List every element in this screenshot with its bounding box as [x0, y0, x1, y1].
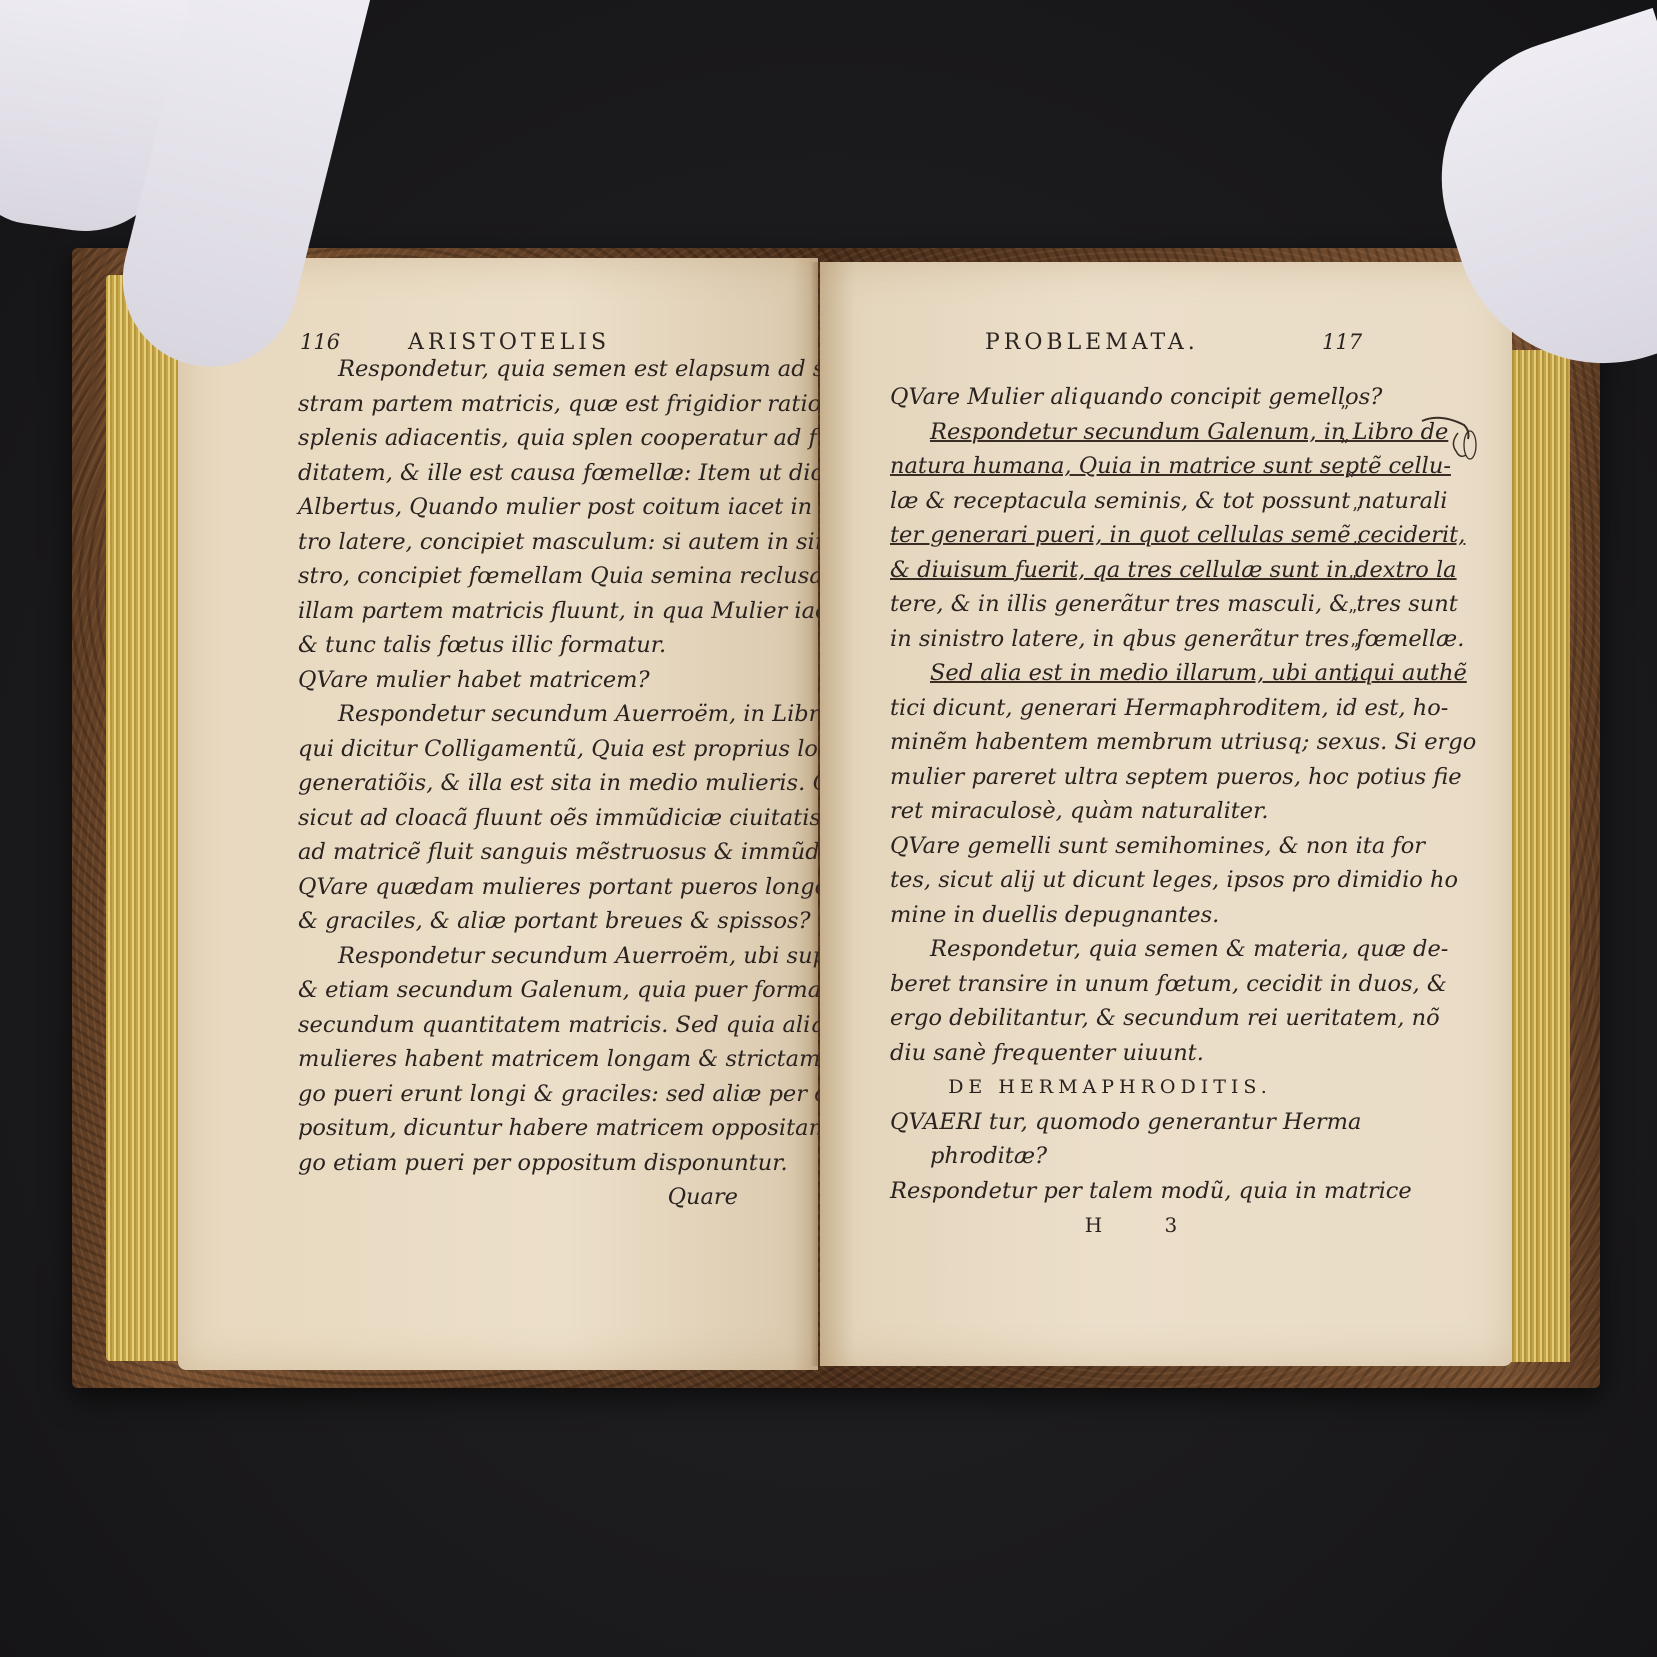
- pointing-hand-icon: [1420, 415, 1480, 465]
- text-line: phroditæ?: [890, 1139, 1330, 1174]
- marginal-quote-mark: ”: [1352, 504, 1361, 525]
- marginal-quote-mark: ”: [1348, 572, 1357, 593]
- text-line: læ & receptacula seminis, & tot possunt …: [890, 484, 1330, 519]
- page-number-left: 116: [300, 330, 340, 354]
- text-line: tici dicunt, generari Hermaphroditem, id…: [890, 691, 1330, 726]
- text-line: & tunc talis fœtus illic formatur.: [298, 628, 738, 663]
- question-heading: QVare gemelli sunt semihomines, & non it…: [890, 829, 1330, 864]
- text-line: minẽm habentem membrum utriusq; sexus. S…: [890, 725, 1330, 760]
- section-heading: DE HERMAPHRODITIS.: [890, 1070, 1330, 1105]
- text-line: ad matricẽ fluit sanguis mẽstruosus & im…: [298, 835, 738, 870]
- text-line: tro latere, concipiet masculum: si autem…: [298, 525, 738, 560]
- text-line: & etiam secundum Galenum, quia puer form…: [298, 973, 738, 1008]
- text-line: stram partem matricis, quæ est frigidior…: [298, 387, 738, 422]
- text-line: mulieres habent matricem longam & strict…: [298, 1042, 738, 1077]
- page-number-right: 117: [1322, 330, 1362, 354]
- left-page-text: Respondetur, quia semen est elapsum ad s…: [298, 352, 738, 1215]
- text-line: beret transire in unum fœtum, cecidit in…: [890, 967, 1330, 1002]
- right-page-text: QVare Mulier aliquando concipit gemellos…: [890, 380, 1330, 1243]
- gilt-page-edge-left: [106, 275, 184, 1361]
- text-line: in sinistro latere, in qbus generãtur tr…: [890, 622, 1330, 657]
- text-line: tes, sicut alij ut dicunt leges, ipsos p…: [890, 863, 1330, 898]
- text-line: sicut ad cloacã fluunt oẽs immũdiciæ ciu…: [298, 801, 738, 836]
- text-line: secundum quantitatem matricis. Sed quia …: [298, 1008, 738, 1043]
- underlined-line: ter generari pueri, in quot cellulas sem…: [890, 518, 1330, 553]
- catchword: Quare: [298, 1180, 738, 1215]
- text-line: ergo debilitantur, & secundum rei uerita…: [890, 1001, 1330, 1036]
- marginal-quote-mark: ”: [1340, 436, 1349, 457]
- text-line: mulier pareret ultra septem pueros, hoc …: [890, 760, 1330, 795]
- text-line: & graciles, & aliæ portant breues & spis…: [298, 904, 738, 939]
- marginal-quote-mark: ”: [1348, 606, 1357, 627]
- text-line: diu sanè frequenter uiuunt.: [890, 1036, 1330, 1071]
- text-line: Respondetur per talem modũ, quia in matr…: [890, 1174, 1330, 1209]
- underlined-line: Sed alia est in medio illarum, ubi antiq…: [890, 656, 1330, 691]
- signature-mark: H 3: [890, 1208, 1330, 1243]
- text-line: Respondetur, quia semen & materia, quæ d…: [890, 932, 1330, 967]
- underlined-line: Respondetur secundum Galenum, in Libro d…: [890, 415, 1330, 450]
- text-line: stro, concipiet fœmellam Quia semina rec…: [298, 559, 738, 594]
- question-heading: QVare quædam mulieres portant pueros lon…: [298, 870, 738, 905]
- text-line: qui dicitur Colligamentũ, Quia est propr…: [298, 732, 738, 767]
- text-line: ret miraculosè, quàm naturaliter.: [890, 794, 1330, 829]
- underlined-line: natura humana, Quia in matrice sunt sept…: [890, 449, 1330, 484]
- marginal-quote-mark: ”: [1346, 470, 1355, 491]
- marginal-quote-mark: ”: [1350, 674, 1359, 695]
- text-line: generatiõis, & illa est sita in medio mu…: [298, 766, 738, 801]
- text-line: go pueri erunt longi & graciles: sed ali…: [298, 1077, 738, 1112]
- text-line: illam partem matricis fluunt, in qua Mul…: [298, 594, 738, 629]
- question-heading: QVare Mulier aliquando concipit gemellos…: [890, 380, 1330, 415]
- running-head-right: PROBLEMATA.: [985, 330, 1199, 355]
- text-line: Respondetur secundum Auerroëm, ubi suprà…: [298, 939, 738, 974]
- text-line: splenis adiacentis, quia splen cooperatu…: [298, 421, 738, 456]
- text-line: mine in duellis depugnantes.: [890, 898, 1330, 933]
- marginal-quote-mark: ”: [1350, 640, 1359, 661]
- text-line: Respondetur secundum Auerroëm, in Libro: [298, 697, 738, 732]
- text-line: ditatem, & ille est causa fœmellæ: Item …: [298, 456, 738, 491]
- text-line: go etiam pueri per oppositum disponuntur…: [298, 1146, 738, 1181]
- text-line: positum, dicuntur habere matricem opposi…: [298, 1111, 738, 1146]
- underlined-line: & diuisum fuerit, qa tres cellulæ sunt i…: [890, 553, 1330, 588]
- text-line: tere, & in illis generãtur tres masculi,…: [890, 587, 1330, 622]
- marginal-quote-mark: ”: [1352, 538, 1361, 559]
- text-line: Albertus, Quando mulier post coitum iace…: [298, 490, 738, 525]
- question-heading: QVAERI tur, quomodo generantur Herma: [890, 1105, 1330, 1140]
- text-line: Respondetur, quia semen est elapsum ad s…: [298, 352, 738, 387]
- question-heading: QVare mulier habet matricem?: [298, 663, 738, 698]
- marginal-quote-mark: ”: [1340, 402, 1349, 423]
